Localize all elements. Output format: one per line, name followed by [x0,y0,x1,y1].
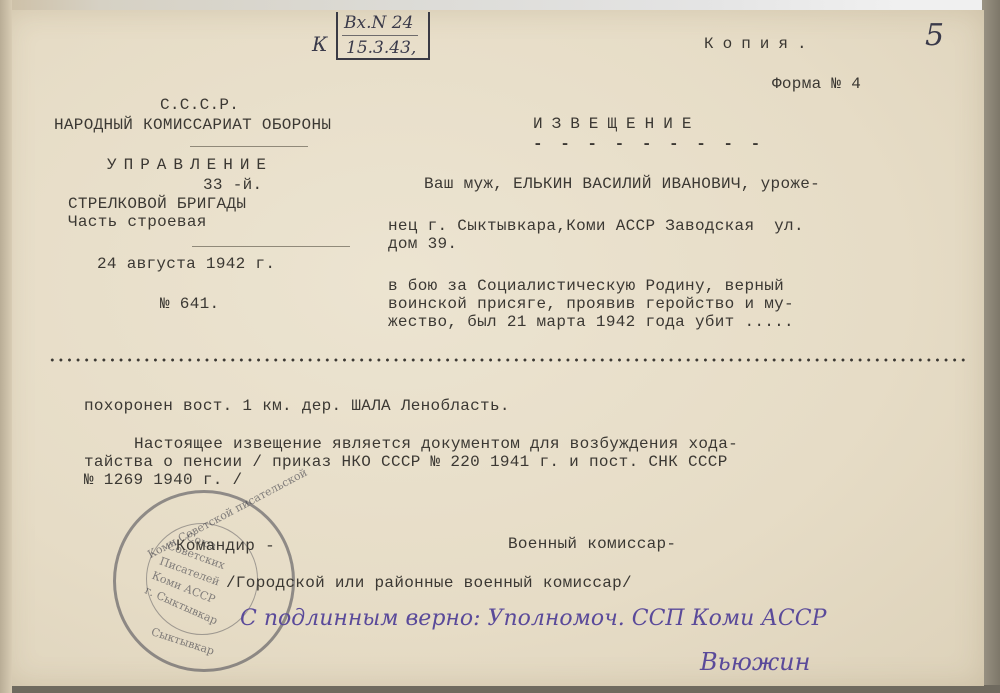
section-label: Часть строевая [68,214,207,231]
department-label: УПРАВЛЕНИЕ [107,157,273,174]
registration-fraction-line [342,35,418,36]
burial-place: похоронен вост. 1 км. дер. ШАЛА Леноблас… [84,398,510,415]
document-number: № 641. [160,296,219,313]
notice-line-5: воинской присяге, проявив геройство и му… [388,296,794,313]
registration-prefix: К [312,32,327,56]
country-label: С.С.С.Р. [160,97,239,114]
page-number: 5 [925,18,944,53]
notice-line-6: жество, был 21 марта 1942 года убит ....… [388,314,794,331]
copy-label: Копия. [704,36,816,53]
pension-note-line-1: Настоящее извещение является документом … [134,436,738,453]
notice-line-2: нец г. Сыктывкара,Коми АССР Заводская ул… [388,218,804,235]
pension-note-line-2: тайства о пенсии / приказ НКО СССР № 220… [84,454,728,471]
notice-line-4: в бою за Социалистическую Родину, верный [388,278,784,295]
scan-background-bottom [0,685,1000,693]
dotted-separator [48,358,968,362]
notice-title-underline: - - - - - - - - - [533,136,764,153]
unit-number: 33 -й. [203,177,262,194]
header-divider [190,146,308,147]
document-date: 24 августа 1942 г. [97,256,275,273]
section-divider [192,246,350,247]
pension-note-line-3: № 1269 1940 г. / [84,472,242,489]
unit-name: СТРЕЛКОВОЙ БРИГАДЫ [68,196,246,213]
commissar-label: Военный комиссар- [508,536,676,553]
form-label: Форма № 4 [772,76,861,93]
paper-left-fold [0,0,12,693]
handwritten-certification: С подлинным верно: Уполномоч. ССП Коми А… [240,606,826,631]
ministry-label: НАРОДНЫЙ КОМИССАРИАТ ОБОРОНЫ [54,117,331,134]
notice-line-1: Ваш муж, ЕЛЬКИН ВАСИЛИЙ ИВАНОВИЧ, уроже- [424,176,820,193]
registration-number: Вх.N 24 [344,13,413,33]
notice-line-3: дом 39. [388,236,457,253]
scan-background-right [982,0,1000,693]
commander-label: Командир - [176,538,275,555]
handwritten-signature: Вьюжин [700,648,810,676]
registration-date: 15.3.43, [346,38,416,58]
notice-title: ИЗВЕЩЕНИЕ [533,116,700,133]
city-commissar-label: /Городской или районные военный комиссар… [226,575,632,592]
